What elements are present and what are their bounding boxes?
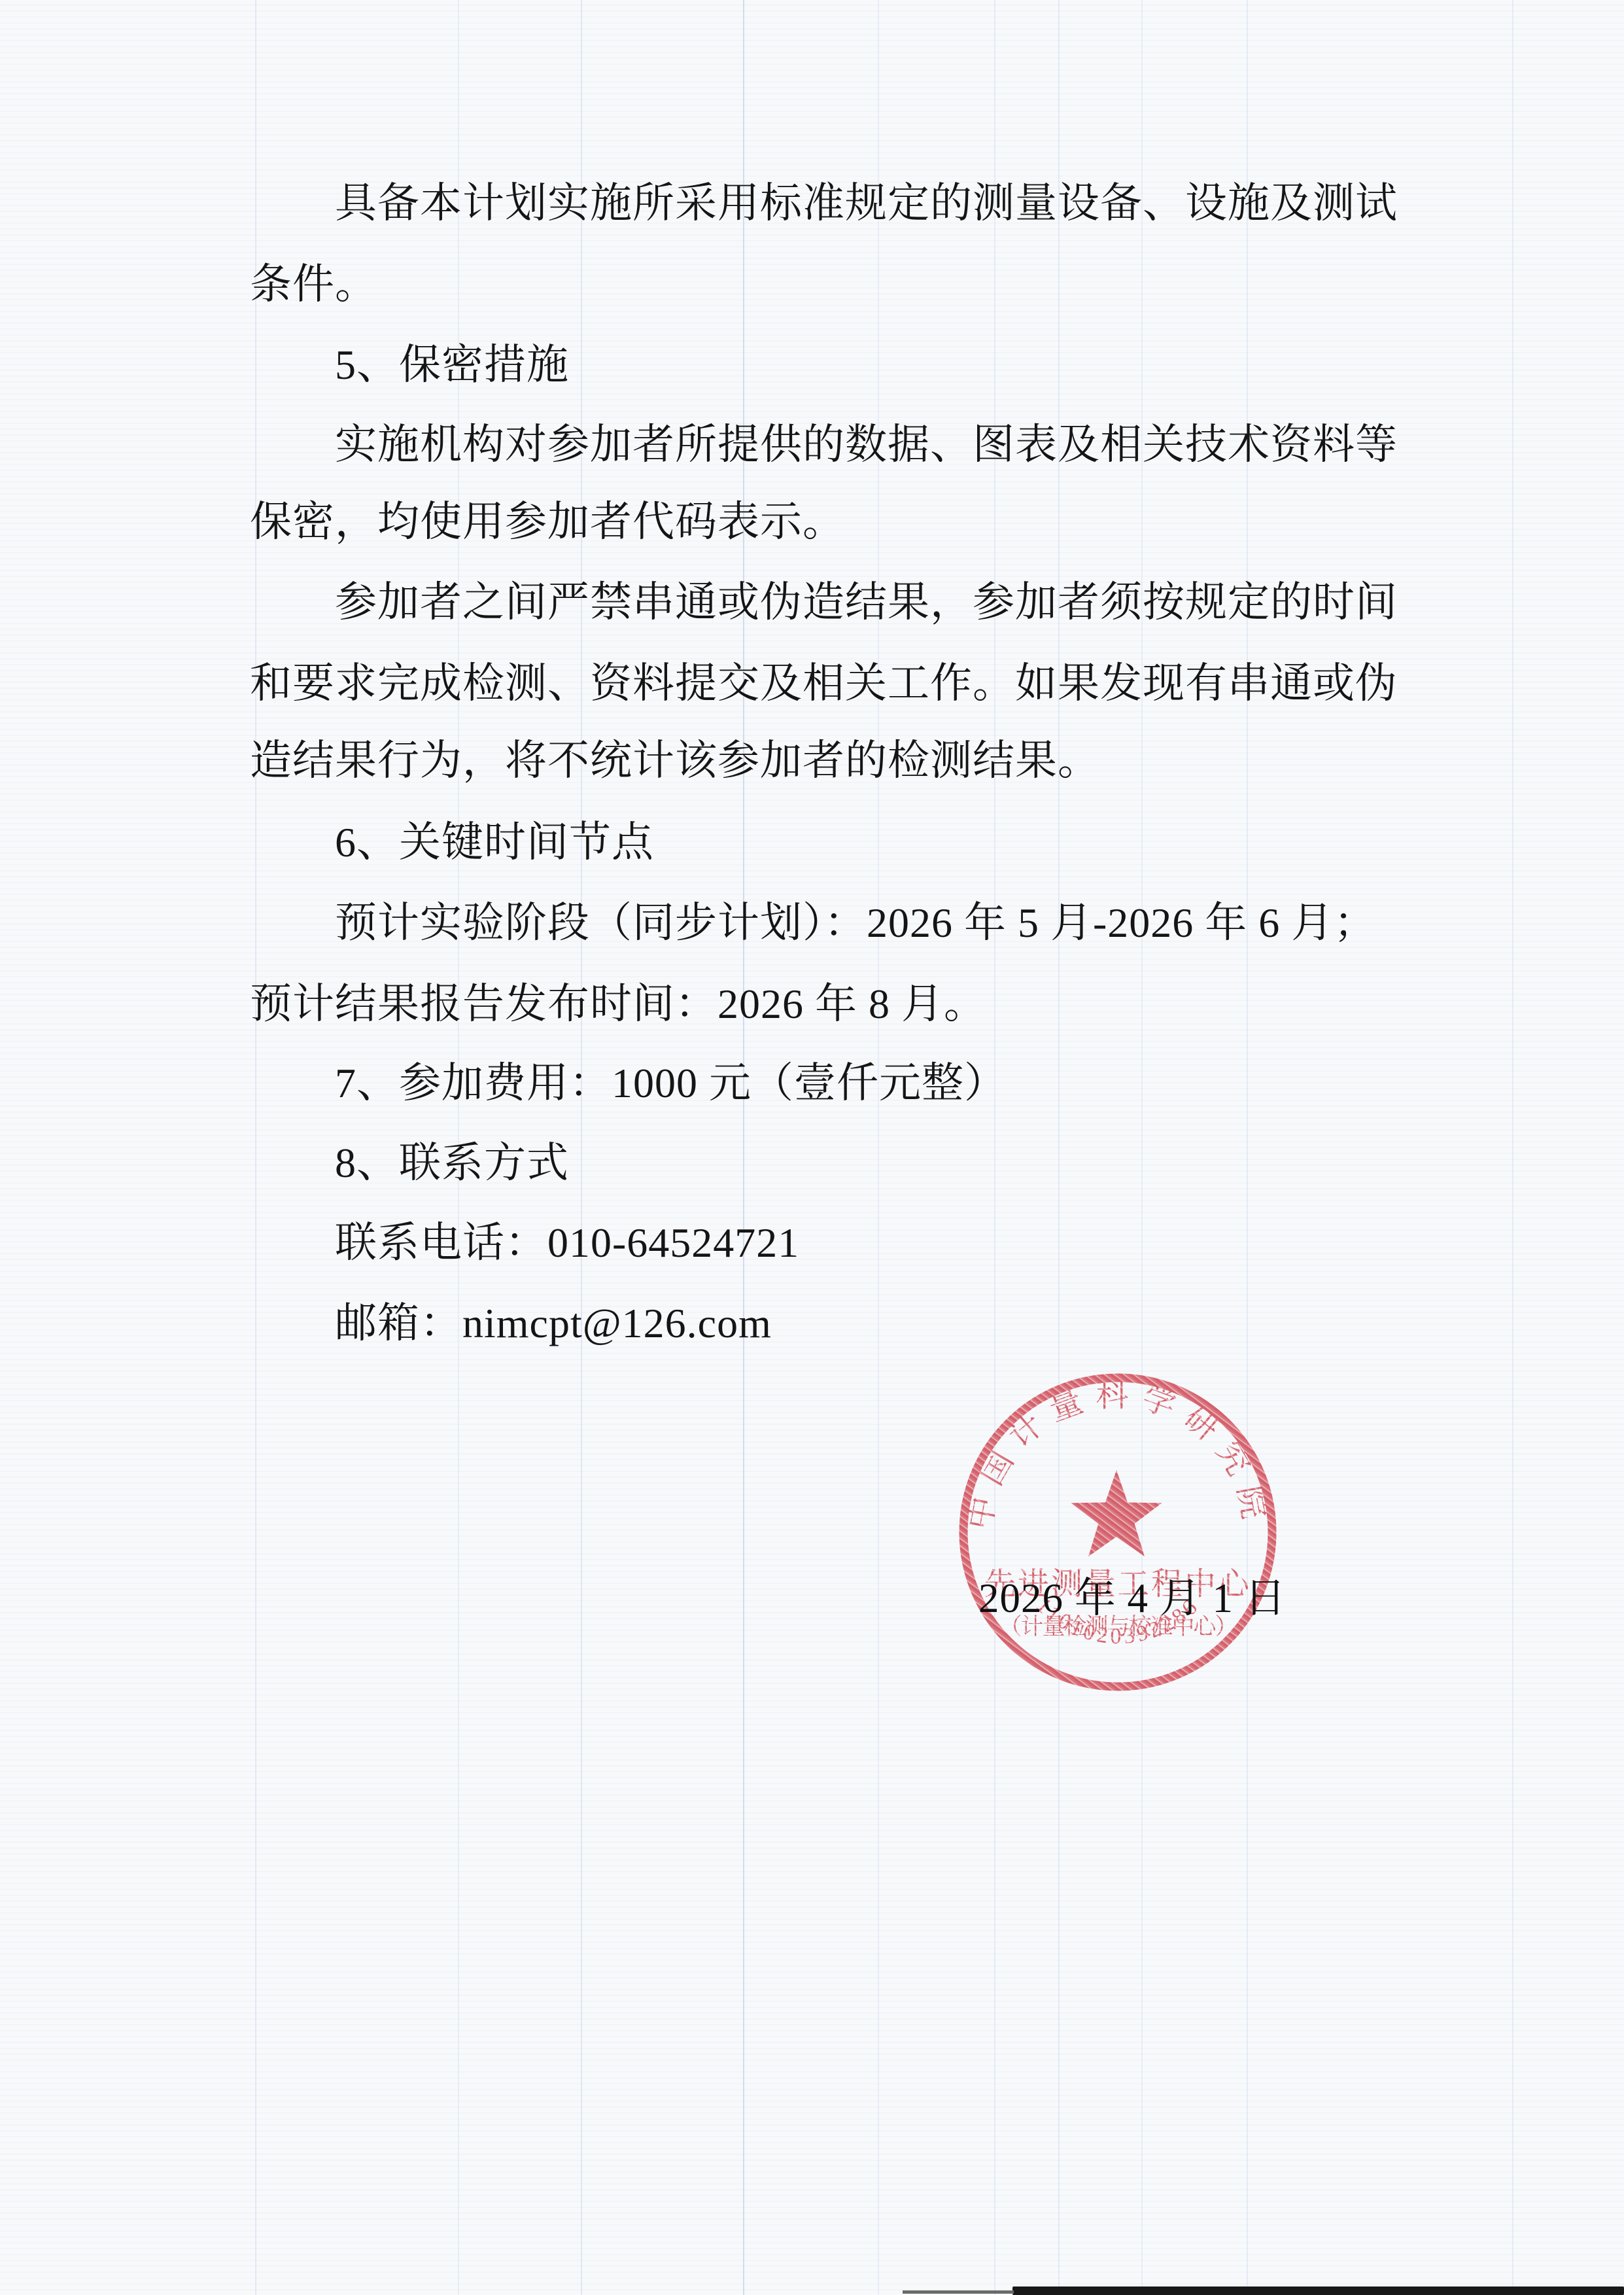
star-icon [1071,1470,1162,1556]
body-line: 保密，均使用参加者代码表示。 [250,497,1453,547]
body-line-email: 邮箱：nimcpt@126.com [250,1299,1538,1348]
body-line-heading: 5、保密措施 [250,340,1538,390]
scan-edge-artifact [903,2290,1014,2294]
body-line: 预计实验阶段（同步计划）：2026 年 5 月-2026 年 6 月； [250,898,1538,948]
body-line-heading: 6、关键时间节点 [250,818,1538,867]
scan-edge-artifact [1012,2286,1624,2295]
body-line: 和要求完成检测、资料提交及相关工作。如果发现有串通或伪 [250,659,1453,709]
body-line-heading: 8、联系方式 [250,1138,1538,1188]
body-line: 实施机构对参加者所提供的数据、图表及相关技术资料等 [250,420,1538,470]
body-line: 预计结果报告发布时间：2026 年 8 月。 [250,979,1453,1029]
body-line-heading: 7、参加费用：1000 元（壹仟元整） [250,1059,1538,1108]
scanned-document-page: 具备本计划实施所采用标准规定的测量设备、设施及测试 条件。 5、保密措施 实施机… [0,0,1624,2295]
date-line: 2026 年 4 月 1 日 [978,1565,1287,1624]
body-line-phone: 联系电话：010-64524721 [250,1218,1538,1268]
body-line: 参加者之间严禁串通或伪造结果，参加者须按规定的时间 [250,578,1538,627]
body-line: 造结果行为，将不统计该参加者的检测结果。 [250,736,1453,786]
body-line: 条件。 [250,260,1453,309]
official-seal: 中国计量科学研究院 先进测量工程中心 （计量检测与校准中心） 110102039… [956,1370,1279,1694]
body-line: 具备本计划实施所采用标准规定的测量设备、设施及测试 [250,179,1538,228]
